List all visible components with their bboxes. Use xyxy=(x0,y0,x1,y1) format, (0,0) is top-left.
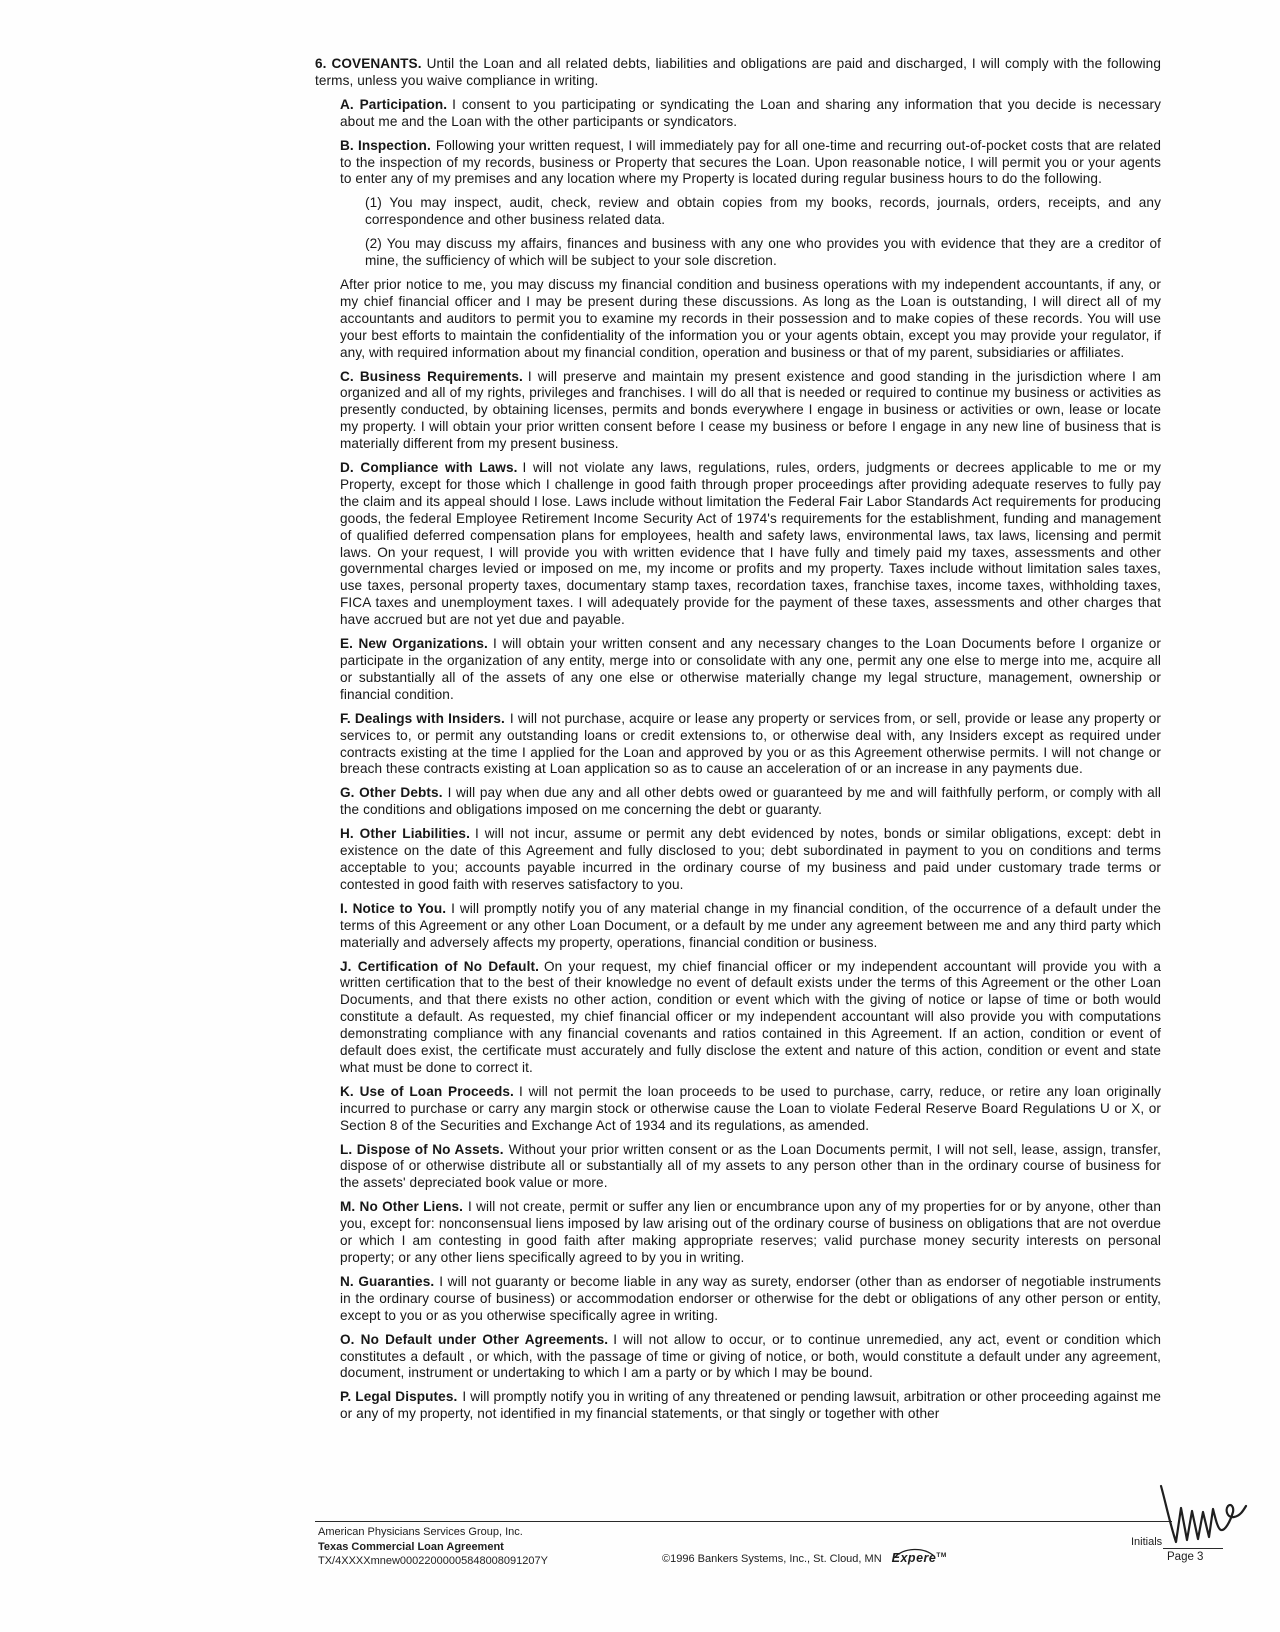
covenant-label: P. Legal Disputes. xyxy=(340,1389,457,1404)
covenant-label: M. No Other Liens. xyxy=(340,1199,463,1214)
covenant-h-other-liabilities: H. Other Liabilities.I will not incur, a… xyxy=(340,826,1161,894)
covenant-text: Following your written request, I will i… xyxy=(340,138,1161,187)
section-heading: 6. COVENANTS. xyxy=(315,56,422,71)
footer-form-title: Texas Commercial Loan Agreement xyxy=(318,1540,548,1555)
covenant-label: J. Certification of No Default. xyxy=(340,959,539,974)
covenant-text: (2) You may discuss my affairs, finances… xyxy=(365,236,1161,268)
covenant-label: E. New Organizations. xyxy=(340,636,488,651)
covenant-c-business-requirements: C. Business Requirements.I will preserve… xyxy=(340,369,1161,454)
covenant-label: I. Notice to You. xyxy=(340,901,446,916)
footer-form-code: TX/4XXXXmnew00022000005848008091207Y xyxy=(318,1554,548,1569)
covenant-text: I consent to you participating or syndic… xyxy=(340,97,1161,129)
covenant-label: F. Dealings with Insiders. xyxy=(340,711,505,726)
covenant-text: (1) You may inspect, audit, check, revie… xyxy=(365,195,1161,227)
covenant-text: I will not guaranty or become liable in … xyxy=(340,1274,1161,1323)
covenant-l-dispose-of-no-assets: L. Dispose of No Assets.Without your pri… xyxy=(340,1142,1161,1193)
covenant-e-new-organizations: E. New Organizations.I will obtain your … xyxy=(340,636,1161,704)
footer-form-info: American Physicians Services Group, Inc.… xyxy=(318,1525,548,1569)
covenant-label: N. Guaranties. xyxy=(340,1274,434,1289)
covenant-g-other-debts: G. Other Debts.I will pay when due any a… xyxy=(340,785,1161,819)
covenant-label: O. No Default under Other Agreements. xyxy=(340,1332,608,1347)
covenant-j-certification-of-no-default: J. Certification of No Default.On your r… xyxy=(340,959,1161,1077)
covenant-o-no-default-under-other-agreements: O. No Default under Other Agreements.I w… xyxy=(340,1332,1161,1383)
covenant-text: I will not violate any laws, regulations… xyxy=(340,460,1161,627)
covenant-label: G. Other Debts. xyxy=(340,785,443,800)
covenant-b-inspection: B. Inspection.Following your written req… xyxy=(340,138,1161,189)
footer-divider xyxy=(315,1521,1172,1522)
covenants-section: 6. COVENANTS.Until the Loan and all rela… xyxy=(315,56,1161,1430)
footer-company-name: American Physicians Services Group, Inc. xyxy=(318,1525,548,1540)
covenant-f-dealings-with-insiders: F. Dealings with Insiders.I will not pur… xyxy=(340,711,1161,779)
covenant-a-participation: A. Participation.I consent to you partic… xyxy=(340,97,1161,131)
covenants-intro-paragraph: 6. COVENANTS.Until the Loan and all rela… xyxy=(315,56,1161,90)
expere-logo: ExpereTM xyxy=(892,1551,947,1565)
covenant-label: K. Use of Loan Proceeds. xyxy=(340,1084,514,1099)
inspection-item-2: (2) You may discuss my affairs, finances… xyxy=(365,236,1161,270)
initials-signature xyxy=(1158,1484,1248,1550)
covenant-label: C. Business Requirements. xyxy=(340,369,523,384)
accountants-discussion-paragraph: After prior notice to me, you may discus… xyxy=(340,277,1161,362)
covenant-text: I will promptly notify you of any materi… xyxy=(340,901,1161,950)
covenant-i-notice-to-you: I. Notice to You.I will promptly notify … xyxy=(340,901,1161,952)
covenant-k-use-of-loan-proceeds: K. Use of Loan Proceeds.I will not permi… xyxy=(340,1084,1161,1135)
covenant-text: After prior notice to me, you may discus… xyxy=(340,277,1161,360)
covenant-label: A. Participation. xyxy=(340,97,447,112)
covenant-d-compliance-with-laws: D. Compliance with Laws.I will not viola… xyxy=(340,460,1161,629)
footer-copyright: ©1996 Bankers Systems, Inc., St. Cloud, … xyxy=(662,1551,947,1565)
inspection-item-1: (1) You may inspect, audit, check, revie… xyxy=(365,195,1161,229)
document-page: 6. COVENANTS.Until the Loan and all rela… xyxy=(0,0,1280,1632)
covenant-label: D. Compliance with Laws. xyxy=(340,460,518,475)
covenant-label: H. Other Liabilities. xyxy=(340,826,470,841)
section-intro-text: Until the Loan and all related debts, li… xyxy=(315,56,1161,88)
covenant-m-no-other-liens: M. No Other Liens.I will not create, per… xyxy=(340,1199,1161,1267)
initials-underline xyxy=(1163,1548,1223,1549)
page-number: Page 3 xyxy=(1167,1551,1203,1563)
covenant-text: I will promptly notify you in writing of… xyxy=(340,1389,1161,1421)
covenant-p-legal-disputes: P. Legal Disputes.I will promptly notify… xyxy=(340,1389,1161,1423)
covenant-text: I will not create, permit or suffer any … xyxy=(340,1199,1161,1265)
covenant-label: B. Inspection. xyxy=(340,138,431,153)
copyright-text: ©1996 Bankers Systems, Inc., St. Cloud, … xyxy=(662,1553,882,1565)
covenant-text: I will pay when due any and all other de… xyxy=(340,785,1161,817)
covenant-n-guaranties: N. Guaranties.I will not guaranty or bec… xyxy=(340,1274,1161,1325)
covenant-text: On your request, my chief financial offi… xyxy=(340,959,1161,1075)
covenant-label: L. Dispose of No Assets. xyxy=(340,1142,504,1157)
